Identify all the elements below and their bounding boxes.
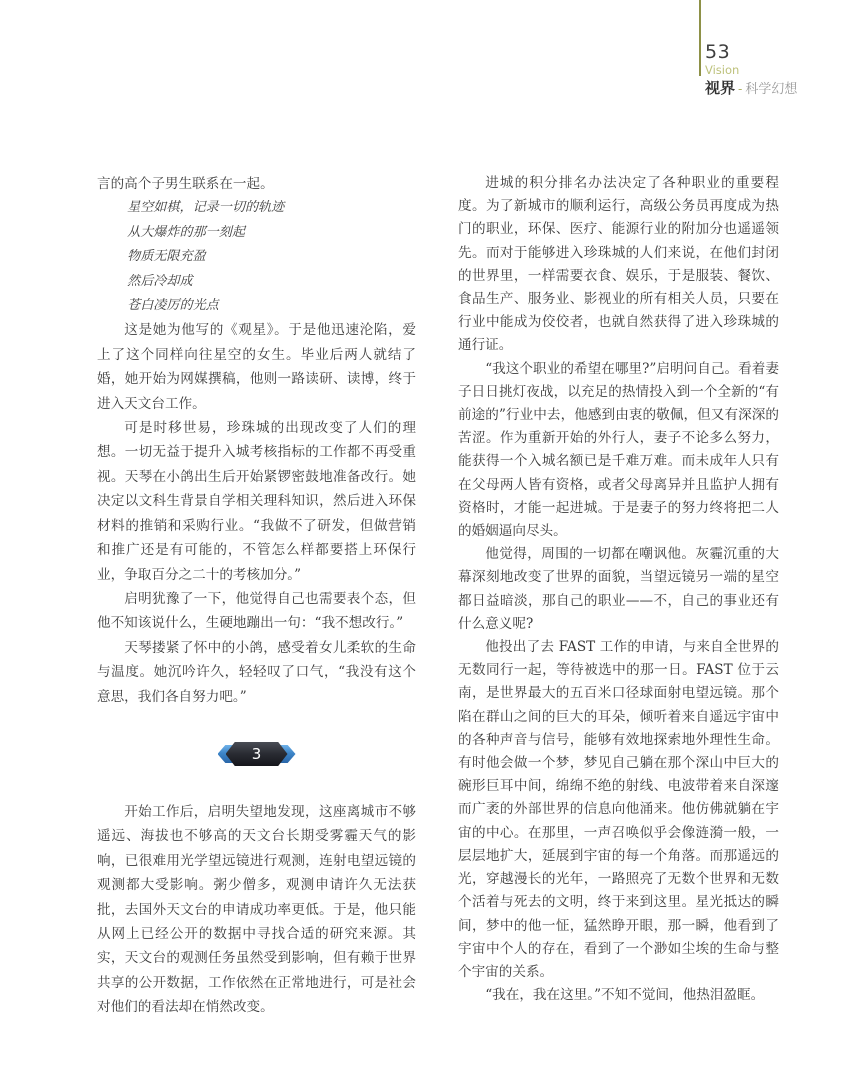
section-divider: 3 bbox=[97, 742, 416, 766]
poem-line: 然后冷却成 bbox=[127, 270, 416, 294]
body-paragraph: 他觉得，周围的一切都在嘲讽他。灰霾沉重的大幕深刻地改变了世界的面貌，当望远镜另一… bbox=[458, 543, 779, 636]
body-paragraph: 进城的积分排名办法决定了各种职业的重要程度。为了新城市的顺利运行，高级公务员再度… bbox=[458, 172, 779, 358]
section-label-cn: 科学幻想 bbox=[745, 82, 797, 97]
body-paragraph: 可是时移世易，珍珠城的出现改变了人们的理想。一切无益于提升入城考核指标的工作都不… bbox=[97, 416, 416, 587]
poem-block: 星空如棋，记录一切的轨迹 从大爆炸的那一刻起 物质无限充盈 然后冷却成 苍白凌厉… bbox=[97, 196, 416, 318]
page-number: 53 bbox=[705, 42, 797, 63]
body-paragraph: 这是她为他写的《观星》。于是他迅速沦陷，爱上了这个同样向往星空的女生。毕业后两人… bbox=[97, 318, 416, 416]
body-paragraph: 开始工作后，启明失望地发现，这座离城市不够遥远、海拔也不够高的天文台长期受雾霾天… bbox=[97, 800, 416, 1020]
left-column: 言的高个子男生联系在一起。 星空如棋，记录一切的轨迹 从大爆炸的那一刻起 物质无… bbox=[97, 172, 416, 1020]
body-paragraph: “我这个职业的希望在哪里?”启明问自己。看着妻子日日挑灯夜战，以充足的热情投入到… bbox=[458, 358, 779, 544]
section-number-badge: 3 bbox=[218, 742, 296, 766]
section-label-en: Vision bbox=[705, 64, 797, 77]
magazine-title: 视界 bbox=[705, 79, 735, 97]
title-separator: - bbox=[738, 82, 742, 96]
header-accent-rule bbox=[699, 0, 701, 76]
right-column: 进城的积分排名办法决定了各种职业的重要程度。为了新城市的顺利运行，高级公务员再度… bbox=[458, 172, 779, 1007]
body-paragraph: “我在，我在这里。”不知不觉间，他热泪盈眶。 bbox=[458, 984, 779, 1007]
section-number: 3 bbox=[218, 742, 296, 766]
body-paragraph: 他投出了去 FAST 工作的申请，与来自全世界的无数同行一起，等待被选中的那一日… bbox=[458, 636, 779, 984]
magazine-title-row: 视界-科学幻想 bbox=[705, 80, 797, 97]
poem-line: 从大爆炸的那一刻起 bbox=[127, 221, 416, 245]
poem-line: 苍白凌厉的光点 bbox=[127, 294, 416, 318]
continuation-paragraph: 言的高个子男生联系在一起。 bbox=[97, 172, 416, 196]
page-header: 53 Vision 视界-科学幻想 bbox=[705, 42, 797, 97]
body-paragraph: 启明犹豫了一下，他觉得自己也需要表个态，但他不知该说什么，生硬地蹦出一句：“我不… bbox=[97, 587, 416, 636]
body-paragraph: 天琴搂紧了怀中的小鸽，感受着女儿柔软的生命与温度。她沉吟许久，轻轻叹了口气，“我… bbox=[97, 636, 416, 709]
poem-line: 星空如棋，记录一切的轨迹 bbox=[127, 196, 416, 220]
poem-line: 物质无限充盈 bbox=[127, 245, 416, 269]
